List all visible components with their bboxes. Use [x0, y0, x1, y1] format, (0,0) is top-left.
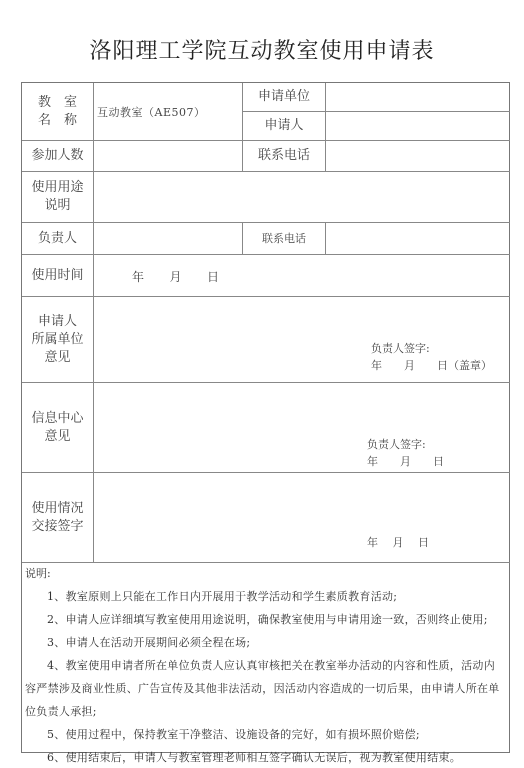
unit-opinion-label: 申请人 所属单位 意见	[22, 297, 93, 382]
unit-opinion-label-line1: 申请人	[38, 313, 77, 331]
handover-label-line1: 使用情况	[31, 500, 83, 518]
info-center-signature: 负责人签字:	[367, 436, 426, 453]
classroom-name-label-line1: 教 室	[38, 94, 77, 112]
handover-label-line2: 交接签字	[31, 518, 83, 536]
usage-time-label: 使用时间	[22, 255, 93, 296]
contact-phone2-label: 联系电话	[243, 223, 325, 254]
participants-label: 参加人数	[22, 141, 93, 171]
person-in-charge-label: 负责人	[22, 223, 93, 254]
unit-opinion-date: 年 月 日（盖章）	[371, 357, 492, 374]
contact-phone2-field[interactable]	[326, 223, 510, 254]
person-in-charge-field[interactable]	[94, 223, 242, 254]
note-item: 1、教室原则上只能在工作日内开展用于教学活动和学生素质教育活动;	[22, 585, 509, 608]
applicant-unit-field[interactable]	[326, 83, 510, 111]
info-center-label-line2: 意见	[44, 428, 70, 446]
classroom-name-label-line2: 名 称	[38, 112, 77, 130]
purpose-label: 使用用途 说明	[22, 172, 93, 222]
participants-field[interactable]	[94, 141, 242, 171]
note-item: 3、申请人在活动开展期间必须全程在场;	[22, 631, 509, 654]
purpose-label-line2: 说明	[44, 197, 70, 215]
notes-section: 说明: 1、教室原则上只能在工作日内开展用于教学活动和学生素质教育活动; 2、申…	[22, 562, 509, 768]
info-center-date: 年 月 日	[367, 453, 444, 470]
classroom-name-value[interactable]: 互动教室（AE507）	[97, 104, 205, 120]
note-item: 5、使用过程中，保持教室干净整洁、设施设备的完好，如有损坏照价赔偿;	[22, 723, 509, 746]
contact-phone-field[interactable]	[326, 141, 510, 171]
handover-date: 年 月 日	[367, 534, 429, 551]
note-item: 2、申请人应详细填写教室使用用途说明，确保教室使用与申请用途一致，否则终止使用;	[22, 608, 509, 631]
purpose-label-line1: 使用用途	[31, 179, 83, 197]
info-center-field[interactable]	[94, 383, 510, 472]
notes-heading: 说明:	[22, 562, 509, 585]
note-item: 4、教室使用申请者所在单位负责人应认真审核把关在教室举办活动的内容和性质，活动内…	[22, 654, 509, 723]
applicant-unit-label: 申请单位	[243, 83, 325, 111]
application-form: 教 室 名 称 互动教室（AE507） 申请单位 申请人 参加人数 联系电话 使…	[21, 82, 510, 753]
applicant-field[interactable]	[326, 112, 510, 140]
applicant-label: 申请人	[243, 112, 325, 140]
unit-opinion-label-line2: 所属单位	[31, 331, 83, 349]
row-divider	[22, 254, 510, 255]
handover-field[interactable]	[94, 473, 510, 562]
handover-label: 使用情况 交接签字	[22, 473, 93, 562]
note-item: 6、使用结束后，申请人与教室管理老师相互签字确认无误后，视为教室使用结束。	[22, 746, 509, 768]
unit-opinion-signature: 负责人签字:	[371, 340, 430, 357]
contact-phone-label: 联系电话	[243, 141, 325, 171]
classroom-name-label: 教 室 名 称	[22, 83, 93, 140]
purpose-field[interactable]	[94, 172, 510, 222]
info-center-label-line1: 信息中心	[31, 410, 83, 428]
info-center-label: 信息中心 意见	[22, 383, 93, 472]
usage-time-field[interactable]: 年 月 日	[132, 268, 220, 285]
form-title: 洛阳理工学院互动教室使用申请表	[0, 34, 524, 65]
unit-opinion-label-line3: 意见	[44, 349, 70, 367]
